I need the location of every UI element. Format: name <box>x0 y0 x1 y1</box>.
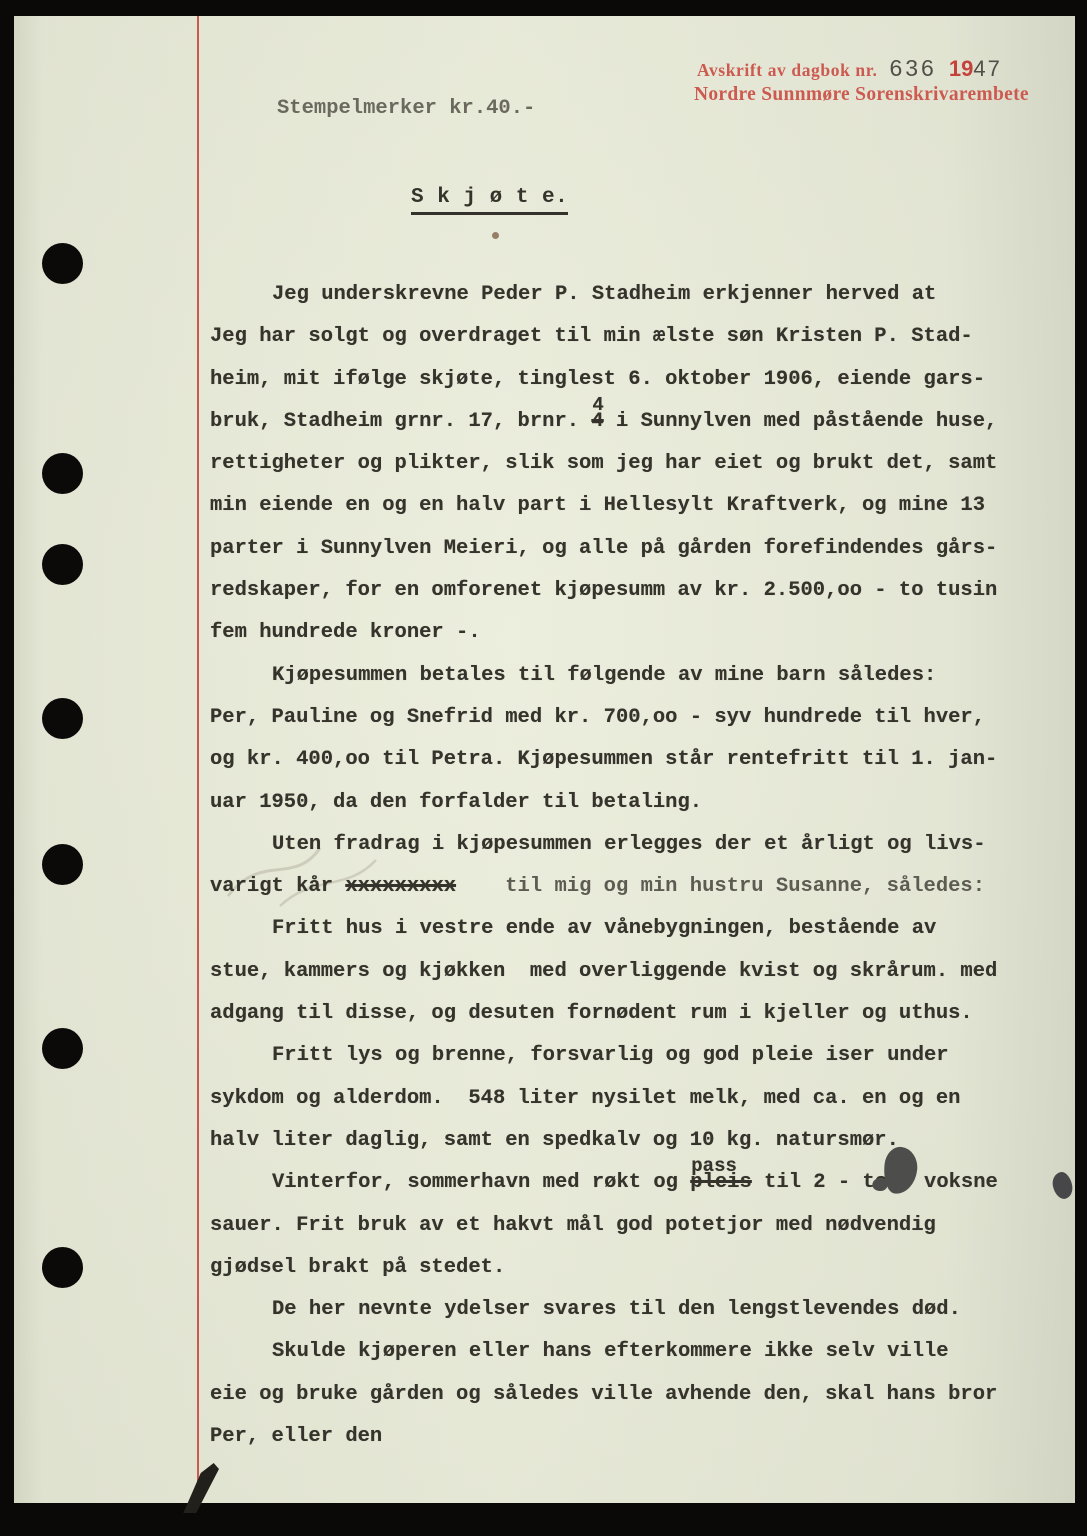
text-line: parter i Sunnylven Meieri, og alle på gå… <box>210 528 1060 570</box>
margin-line <box>197 16 199 1503</box>
document-body: Jeg underskrevne Peder P. Stadheim erkje… <box>210 274 1060 1458</box>
text-line: sauer. Frit bruk av et hakvt mål god pot… <box>210 1205 1060 1247</box>
text-line: halv liter daglig, samt en spedkalv og 1… <box>210 1120 1060 1162</box>
text-line: Jeg har solgt og overdraget til min ælst… <box>210 316 1060 358</box>
text-line: Per, Pauline og Snefrid med kr. 700,oo -… <box>210 697 1060 739</box>
daybook-year: 1947 <box>949 56 1002 82</box>
punch-hole <box>42 544 83 585</box>
text-line: Jeg underskrevne Peder P. Stadheim erkje… <box>210 274 1060 316</box>
text-line: bruk, Stadheim grnr. 17, brnr. 44 i Sunn… <box>210 401 1060 443</box>
text-line: Fritt hus i vestre ende av vånebygningen… <box>210 908 1060 950</box>
typed-correction: 44 <box>591 410 603 433</box>
text-line: Skulde kjøperen eller hans efterkommere … <box>210 1331 1060 1373</box>
scanned-deed-page: Avskrift av dagbok nr. 636 1947 Nordre S… <box>0 0 1087 1536</box>
daybook-stamp-label: Avskrift av dagbok nr. <box>697 60 877 81</box>
text-line: redskaper, for en omforenet kjøpesumm av… <box>210 570 1060 612</box>
text-line: Fritt lys og brenne, forsvarlig og god p… <box>210 1035 1060 1077</box>
punch-hole <box>42 243 83 284</box>
text-line: varigt kår xxxxxxxxx til mig og min hust… <box>210 866 1060 908</box>
punch-hole <box>42 844 83 885</box>
year-prefix: 19 <box>949 56 973 82</box>
text-line: stue, kammers og kjøkken med overliggend… <box>210 951 1060 993</box>
text-line: rettigheter og plikter, slik som jeg har… <box>210 443 1060 485</box>
year-suffix: 47 <box>973 56 1001 82</box>
text-line: adgang til disse, og desuten fornødent r… <box>210 993 1060 1035</box>
punch-hole <box>42 698 83 739</box>
text-line: gjødsel brakt på stedet. <box>210 1247 1060 1289</box>
text-line: Per, eller den <box>210 1416 1060 1458</box>
text-line: heim, mit ifølge skjøte, tinglest 6. okt… <box>210 359 1060 401</box>
typed-correction: passpleis <box>690 1171 752 1194</box>
text-line: De her nevnte ydelser svares til den len… <box>210 1289 1060 1331</box>
daybook-number: 636 <box>889 55 936 82</box>
punch-hole <box>42 1247 83 1288</box>
stamp-fee-note: Stempelmerker kr.40.- <box>277 97 535 120</box>
text-line: Vinterfor, sommerhavn med røkt og passpl… <box>210 1162 1060 1204</box>
punch-hole <box>42 1028 83 1069</box>
text-line: uar 1950, da den forfalder til betaling. <box>210 782 1060 824</box>
text-line: fem hundrede kroner -. <box>210 612 1060 654</box>
ink-dot <box>492 232 499 239</box>
document-title: S k j ø t e. <box>411 186 568 215</box>
text-line: Kjøpesummen betales til følgende av mine… <box>210 655 1060 697</box>
daybook-stamp-line1: Avskrift av dagbok nr. 636 1947 <box>697 55 1002 82</box>
text-line: eie og bruke gården og således ville avh… <box>210 1374 1060 1416</box>
text-line: min eiende en og en halv part i Hellesyl… <box>210 485 1060 527</box>
court-office-stamp: Nordre Sunnmøre Sorenskrivarembete <box>694 84 1029 106</box>
text-line: sykdom og alderdom. 548 liter nysilet me… <box>210 1078 1060 1120</box>
punch-hole <box>42 453 83 494</box>
text-line: Uten fradrag i kjøpesummen erlegges der … <box>210 824 1060 866</box>
text-line: og kr. 400,oo til Petra. Kjøpesummen stå… <box>210 739 1060 781</box>
